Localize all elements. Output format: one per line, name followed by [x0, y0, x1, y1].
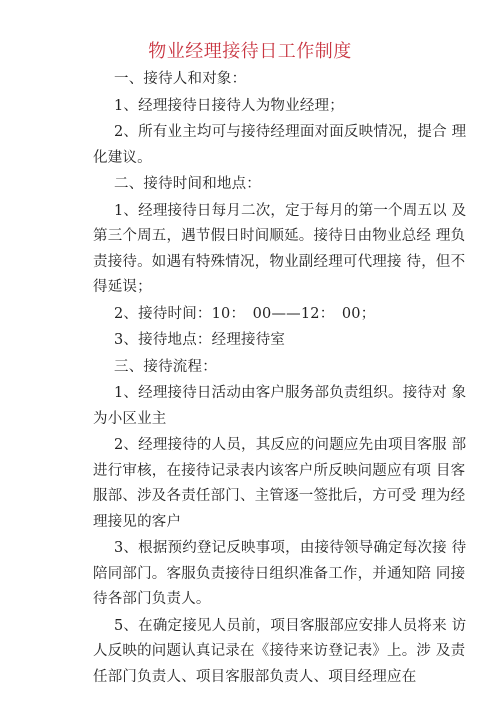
text-line: 2、所有业主均可与接待经理面对面反映情况，提合 理: [72, 120, 428, 146]
paragraph-item: 1、经理接待日每月二次，定于每月的第一个周五以 及 第三个周五，遇节假日时间顺延…: [72, 199, 428, 301]
text-line: 一、接待人和对象：: [72, 67, 428, 93]
text-line: 5、在确定接见人员前，项目客服部应安排人员将来 访: [72, 614, 428, 640]
document-page: 物业经理接待日工作制度 一、接待人和对象： 1、经理接待日接待人为物业经理； 2…: [0, 0, 500, 721]
paragraph-item: 2、所有业主均可与接待经理面对面反映情况，提合 理 化建议。: [72, 120, 428, 171]
text-line: 1、经理接待日活动由客户服务部负责组织。接待对 象: [72, 381, 428, 407]
text-line: 理接见的客户: [72, 510, 428, 536]
text-line: 三、接待流程：: [72, 355, 428, 381]
text-line: 任部门负责人、项目客服部负责人、项目经理应在: [72, 665, 428, 691]
text-line: 二、接待时间和地点：: [72, 172, 428, 198]
text-line: 第三个周五，遇节假日时间顺延。接待日由物业总经 理负: [72, 224, 428, 250]
text-line: 人反映的问题认真记录在《接待来访登记表》上。涉 及责: [72, 639, 428, 665]
text-line: 为小区业主: [72, 407, 428, 433]
text-line: 1、经理接待日每月二次，定于每月的第一个周五以 及: [72, 199, 428, 225]
text-line: 得延误；: [72, 275, 428, 301]
paragraph-item: 2、经理接待的人员，其反应的问题应先由项目客服 部 进行审核，在接待记录表内该客…: [72, 433, 428, 535]
paragraph-item: 3、接待地点：经理接待室: [72, 328, 428, 354]
section-heading-time-place: 二、接待时间和地点：: [72, 172, 428, 198]
text-line: 责接待。如遇有特殊情况，物业副经理可代理接 待，但不: [72, 250, 428, 276]
section-heading-process: 三、接待流程：: [72, 355, 428, 381]
text-line: 1、经理接待日接待人为物业经理；: [72, 94, 428, 120]
text-line: 3、根据预约登记反映事项，由接待领导确定每次接 待: [72, 536, 428, 562]
text-line: 2、接待时间：10： 00——12： 00；: [72, 302, 428, 328]
text-line: 待各部门负责人。: [72, 587, 428, 613]
paragraph-item: 1、经理接待日接待人为物业经理；: [72, 94, 428, 120]
text-line: 化建议。: [72, 146, 428, 172]
text-line: 2、经理接待的人员，其反应的问题应先由项目客服 部: [72, 433, 428, 459]
text-line: 3、接待地点：经理接待室: [72, 328, 428, 354]
paragraph-item: 3、根据预约登记反映事项，由接待领导确定每次接 待 陪同部门。客服负责接待日组织…: [72, 536, 428, 613]
document-title: 物业经理接待日工作制度: [0, 40, 500, 64]
paragraph-item: 1、经理接待日活动由客户服务部负责组织。接待对 象 为小区业主: [72, 381, 428, 432]
text-line: 陪同部门。客服负责接待日组织准备工作，并通知陪 同接: [72, 562, 428, 588]
section-heading-reception-person: 一、接待人和对象：: [72, 67, 428, 93]
document-body: 一、接待人和对象： 1、经理接待日接待人为物业经理； 2、所有业主均可与接待经理…: [72, 67, 428, 691]
text-line: 服部、涉及各责任部门、主管逐一签批后，方可受 理为经: [72, 484, 428, 510]
paragraph-item: 5、在确定接见人员前，项目客服部应安排人员将来 访 人反映的问题认真记录在《接待…: [72, 614, 428, 691]
paragraph-item: 2、接待时间：10： 00——12： 00；: [72, 302, 428, 328]
text-line: 进行审核，在接待记录表内该客户所反映问题应有项 目客: [72, 459, 428, 485]
